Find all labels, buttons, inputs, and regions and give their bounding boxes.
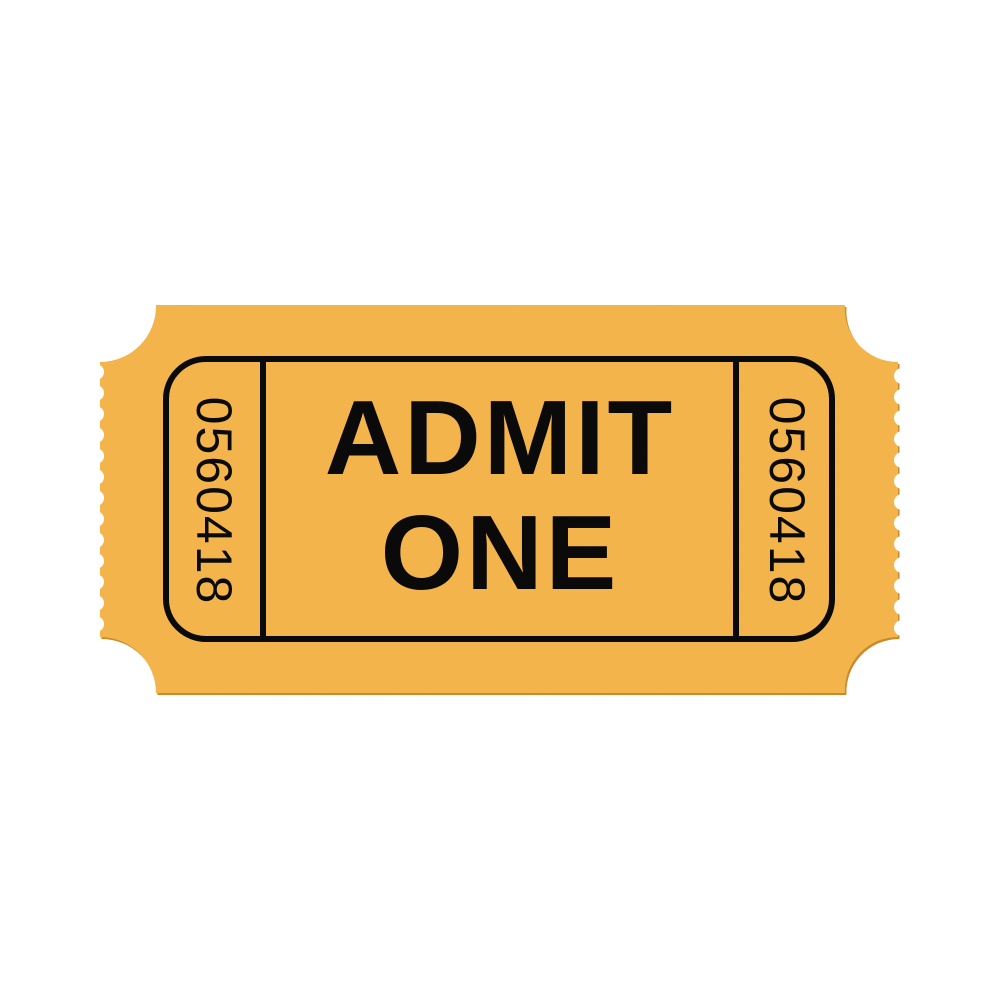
- serial-number-left: 0560418: [189, 391, 239, 611]
- ticket-stage: ADMIT ONE 0560418 0560418: [0, 0, 1000, 1000]
- ticket-title-admit: ADMIT: [300, 388, 700, 488]
- serial-number-right: 0560418: [762, 391, 812, 611]
- ticket-title-one: ONE: [300, 503, 700, 603]
